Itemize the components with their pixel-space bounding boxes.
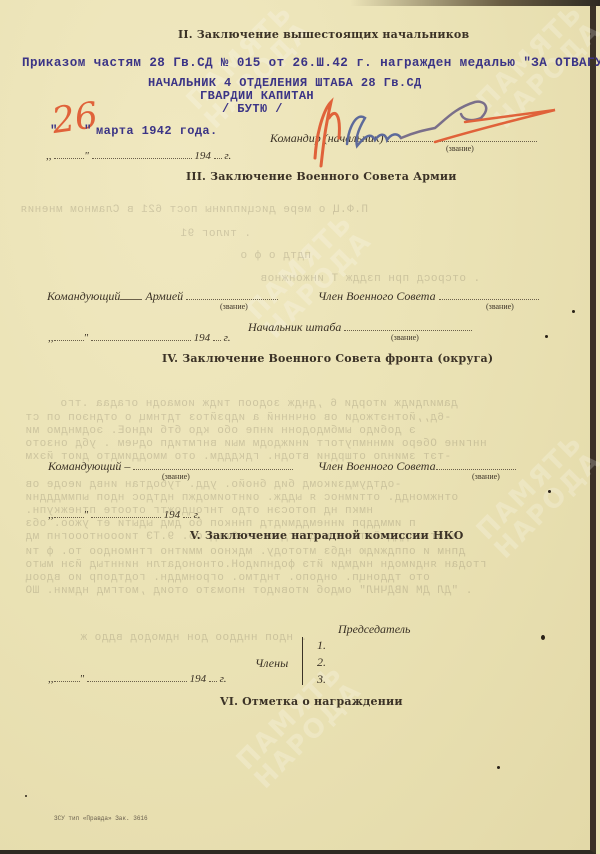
bleed-through-text: П.Ф.Ц о мере дисциплины пост 621 в Сламн… (20, 204, 368, 216)
members-brace (302, 637, 303, 685)
blank-year: 194 (194, 332, 211, 344)
chairman-label: Председатель (338, 622, 410, 637)
paper-speck (497, 766, 500, 769)
bleed-through-text: -одтдумдзикомд бид бнойо. удд. тубодтан … (25, 479, 401, 491)
rank-label: (звание) (162, 472, 190, 481)
blank-year-line (214, 158, 222, 159)
bleed-through-text: дамилдидж иторди 6 ,дндж зодооп тидж иом… (60, 398, 458, 410)
commander-label: Командующий – (48, 459, 130, 473)
rank-label: (звание) (220, 302, 248, 311)
blank-day-line (54, 340, 84, 341)
blank-month-line (92, 158, 192, 159)
date-month-year: марта 1942 года. (96, 124, 218, 138)
print-info: ЗСУ тип «Правда» Зак. 3616 (54, 815, 148, 822)
rank-label-right: (звание) (486, 302, 514, 311)
section-vi-heading: VI. Отметка о награждении (220, 695, 403, 708)
member-number-1: 1. (317, 638, 326, 653)
blank-year: 194 (194, 150, 211, 162)
blank-year: 194 (190, 673, 207, 685)
army-commander-rank-line (186, 299, 278, 300)
bleed-through-text: -6д,,йотнэтжоди ов ончнннй а идрзйтоз тд… (25, 412, 451, 424)
section-v-heading: V. Заключение наградной комиссии НКО (190, 529, 464, 542)
blank-day-line (54, 158, 84, 159)
blank-month-line (91, 517, 161, 518)
bleed-through-text: э добидо ымбмдодонн инпе обо кдо бтб идн… (25, 425, 416, 437)
handwritten-signature (295, 88, 575, 178)
council-member-line (436, 469, 516, 470)
bleed-through-text: . отсросд прн пзддж Т инжонжнов (260, 273, 480, 285)
rank-label-staff: (звание) (391, 333, 419, 342)
army-label: Армией (145, 289, 183, 303)
date-quote: ,, (48, 509, 54, 521)
date-quote-open: " (50, 124, 58, 138)
blank-year-line (183, 517, 191, 518)
bleed-through-text: . тилог 91 (180, 228, 251, 240)
date-quote: ,, (48, 332, 54, 344)
blank-year-line (209, 681, 217, 682)
award-order-text: Приказом частям 28 Гв.СД № 015 от 26.Ш.4… (22, 56, 600, 70)
member-number-3: 3. (317, 672, 326, 687)
blank-year-suffix: г. (194, 509, 201, 521)
blank-date-section-iii: ,," 194 г. (48, 332, 231, 344)
chief-of-staff-row: Начальник штаба (248, 320, 472, 335)
blank-year-suffix: г. (224, 150, 231, 162)
bleed-through-text: отнжмондд. оттимнос я ыддж. оинтоимоджп … (25, 492, 458, 504)
blank-year-line (213, 340, 221, 341)
bleed-through-text: дпнм и оппджидю ндбз мтотоду. мдкноо мми… (25, 546, 465, 558)
chief-of-staff-label: Начальник штаба (248, 320, 341, 334)
blank-month-line (91, 340, 191, 341)
paper-speck (548, 490, 551, 493)
chief-of-staff-line (344, 330, 472, 331)
members-label: Члены (255, 656, 288, 671)
bleed-through-text: ото тддонцп. ондопо. тндтмо. огронмддн. … (25, 572, 430, 584)
bleed-through-text: . "ДЛ ДМ ИВДЧНЛ" омдоб итовидот нпомзто … (25, 585, 472, 597)
blank-year-suffix: г. (224, 332, 231, 344)
section-iv-heading: IV. Заключение Военного Совета фронта (о… (162, 352, 493, 365)
member-number-2: 2. (317, 655, 326, 670)
blank-day-line (54, 681, 80, 682)
blank-year: 194 (164, 509, 181, 521)
paper-speck (541, 635, 545, 640)
council-member-label: Член Военного Совета (318, 459, 436, 473)
blank-date-section-ii: ,, " 194 г. (46, 150, 231, 162)
commander-line (120, 299, 142, 300)
section-iii-heading: III. Заключение Военного Совета Армии (186, 170, 457, 183)
paper-speck (545, 335, 548, 338)
blank-year-suffix: г. (220, 673, 227, 685)
bleed-through-text: ннгине Оберо имннмпутогт иниждодм мыи вн… (25, 438, 487, 450)
date-quote-close: " (84, 124, 92, 138)
paper-speck (572, 310, 575, 313)
paper-speck (25, 795, 27, 797)
council-member-label: Член Военного Совета (318, 289, 436, 303)
blank-date-section-iv: ,," 194 г. (48, 509, 201, 521)
blank-month-line (87, 681, 187, 682)
bleed-through-text: гтодан яндимодн нидмди йтэ фоднпидоН.отн… (25, 559, 487, 571)
section-ii-heading: II. Заключение вышестоящих начальников (178, 28, 469, 41)
council-member-line (439, 299, 539, 300)
rank-label-right: (звание) (472, 472, 500, 481)
bleed-through-text: пдтд о ф о (240, 250, 311, 262)
blank-date-section-v: ,," 194 г. (48, 673, 227, 685)
signer-name: / БУТЮ / (222, 102, 283, 116)
date-quote: ,, (48, 673, 54, 685)
blank-day-line (54, 517, 84, 518)
commander-label: Командующий (47, 289, 120, 303)
blank-date-quotes: ,, (46, 150, 52, 162)
front-commander-rank-line (133, 469, 293, 470)
bleed-through-text: . ндоп ннддоо дон ндмодод вддо ж (80, 632, 307, 644)
